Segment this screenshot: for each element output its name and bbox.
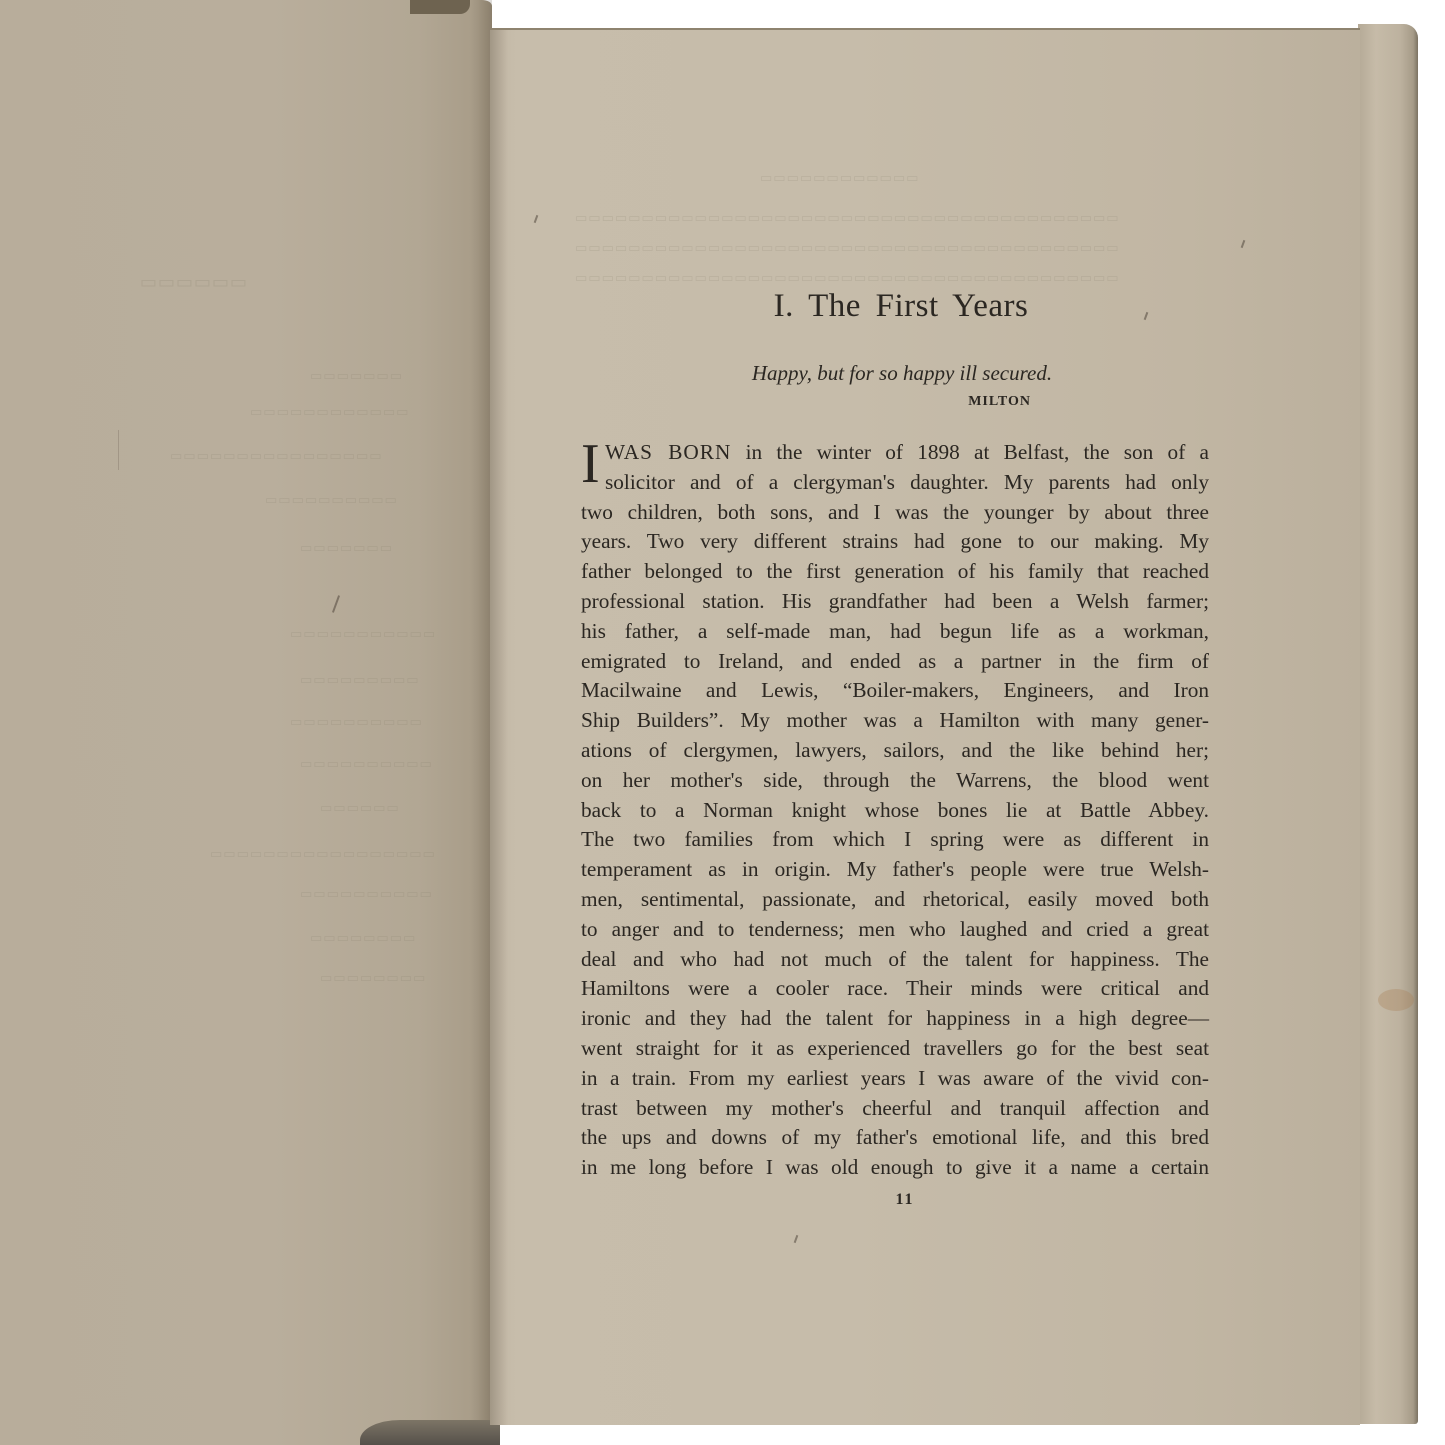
text-line: went straight for it as experienced trav… bbox=[581, 1034, 1209, 1064]
show-through-text: ▭▭▭▭▭▭▭▭▭▭▭▭ bbox=[250, 404, 409, 420]
text-line: years. Two very different strains had go… bbox=[581, 527, 1209, 557]
paper-speck bbox=[1241, 240, 1246, 248]
show-through-text: ▭▭▭▭▭▭▭▭▭▭ bbox=[290, 714, 423, 730]
text-line: to anger and to tenderness; men who laug… bbox=[581, 915, 1209, 945]
show-through-text: ▭▭▭▭▭▭▭▭▭ bbox=[300, 672, 420, 688]
text-line: ations of clergymen, lawyers, sailors, a… bbox=[581, 736, 1209, 766]
book-cover-edge bbox=[410, 0, 470, 14]
text-line: Ship Builders”. My mother was a Hamilton… bbox=[581, 706, 1209, 736]
drop-cap: I bbox=[581, 438, 600, 490]
body-paragraph: I WAS BORN in the winter of 1898 at Belf… bbox=[581, 438, 1209, 1183]
epigraph-author: MILTON bbox=[581, 394, 1031, 410]
show-through-text: ▭▭▭▭▭▭▭▭▭▭ bbox=[300, 886, 433, 902]
text-line: solicitor and of a clergyman's daughter.… bbox=[581, 468, 1209, 498]
text-line: temperament as in origin. My father's pe… bbox=[581, 855, 1209, 885]
paper-speck bbox=[534, 215, 539, 223]
show-through-text: ▭▭▭▭▭▭▭▭▭▭▭▭ bbox=[760, 170, 919, 186]
show-through-text: ▭▭▭▭▭▭▭▭▭▭▭▭▭▭▭▭▭ bbox=[210, 846, 436, 862]
chapter-title: I. The First Years bbox=[593, 288, 1209, 325]
text-line: Macilwaine and Lewis, “Boiler-makers, En… bbox=[581, 676, 1209, 706]
text-line: The two families from which I spring wer… bbox=[581, 825, 1209, 855]
text-line: emigrated to Ireland, and ended as a par… bbox=[581, 647, 1209, 677]
show-through-text: ▭▭▭▭▭▭▭▭▭▭▭▭▭▭▭▭ bbox=[170, 448, 383, 464]
text-line: deal and who had not much of the talent … bbox=[581, 945, 1209, 975]
show-through-text: ▭▭▭▭▭▭▭▭▭▭▭▭▭▭▭▭▭▭▭▭▭▭▭▭▭▭▭▭▭▭▭▭▭▭▭▭▭▭▭▭… bbox=[575, 270, 1120, 286]
show-through-text: ▭▭▭▭▭▭▭ bbox=[300, 540, 393, 556]
text-line: professional station. His grandfather ha… bbox=[581, 587, 1209, 617]
text-line: Hamiltons were a cooler race. Their mind… bbox=[581, 974, 1209, 1004]
page-number: 11 bbox=[601, 1191, 1209, 1209]
paper-speck bbox=[118, 430, 119, 470]
text-line: WAS BORN in the winter of 1898 at Belfas… bbox=[581, 438, 1209, 468]
text-line: back to a Norman knight whose bones lie … bbox=[581, 796, 1209, 826]
text-line: his father, a self-made man, had begun l… bbox=[581, 617, 1209, 647]
text-line: father belonged to the first generation … bbox=[581, 557, 1209, 587]
stain bbox=[1378, 989, 1414, 1011]
text-line: trast between my mother's cheerful and t… bbox=[581, 1094, 1209, 1124]
text-line: the ups and downs of my father's emotion… bbox=[581, 1123, 1209, 1153]
show-through-text: ▭▭▭▭▭▭▭▭ bbox=[310, 930, 416, 946]
opening-smallcaps: WAS BORN bbox=[605, 440, 731, 464]
text-line: on her mother's side, through the Warren… bbox=[581, 766, 1209, 796]
show-through-text: ▭▭▭▭▭▭▭▭▭▭▭ bbox=[290, 626, 436, 642]
show-through-text: ▭▭▭▭▭▭▭▭ bbox=[320, 970, 426, 986]
show-through-text: ▭▭▭▭▭▭ bbox=[140, 272, 248, 293]
text-line: in a train. From my earliest years I was… bbox=[581, 1064, 1209, 1094]
text-line: two children, both sons, and I was the y… bbox=[581, 498, 1209, 528]
left-page: ▭▭▭▭▭▭ ▭▭▭▭▭▭▭ ▭▭▭▭▭▭▭▭▭▭▭▭ ▭▭▭▭▭▭▭▭▭▭▭▭… bbox=[0, 0, 492, 1445]
show-through-text: ▭▭▭▭▭▭▭ bbox=[310, 368, 403, 384]
page-block-edge bbox=[1358, 24, 1418, 1424]
show-through-text: ▭▭▭▭▭▭▭▭▭▭▭▭▭▭▭▭▭▭▭▭▭▭▭▭▭▭▭▭▭▭▭▭▭▭▭▭▭▭▭▭… bbox=[575, 240, 1120, 256]
show-through-text: ▭▭▭▭▭▭▭▭▭▭ bbox=[300, 756, 433, 772]
paper-speck bbox=[794, 1235, 799, 1243]
show-through-text: ▭▭▭▭▭▭▭▭▭▭ bbox=[265, 492, 398, 508]
book-cover-shadow bbox=[360, 1420, 500, 1445]
paper-speck bbox=[332, 595, 340, 613]
show-through-text: ▭▭▭▭▭▭▭▭▭▭▭▭▭▭▭▭▭▭▭▭▭▭▭▭▭▭▭▭▭▭▭▭▭▭▭▭▭▭▭▭… bbox=[575, 210, 1120, 226]
show-through-text: ▭▭▭▭▭▭ bbox=[320, 800, 400, 816]
text-line: men, sentimental, passionate, and rhetor… bbox=[581, 885, 1209, 915]
epigraph-quote: Happy, but for so happy ill secured. bbox=[595, 361, 1209, 386]
text-line: ironic and they had the talent for happi… bbox=[581, 1004, 1209, 1034]
text-line: in me long before I was old enough to gi… bbox=[581, 1153, 1209, 1183]
page-text-block: I. The First Years Happy, but for so hap… bbox=[581, 288, 1209, 1209]
